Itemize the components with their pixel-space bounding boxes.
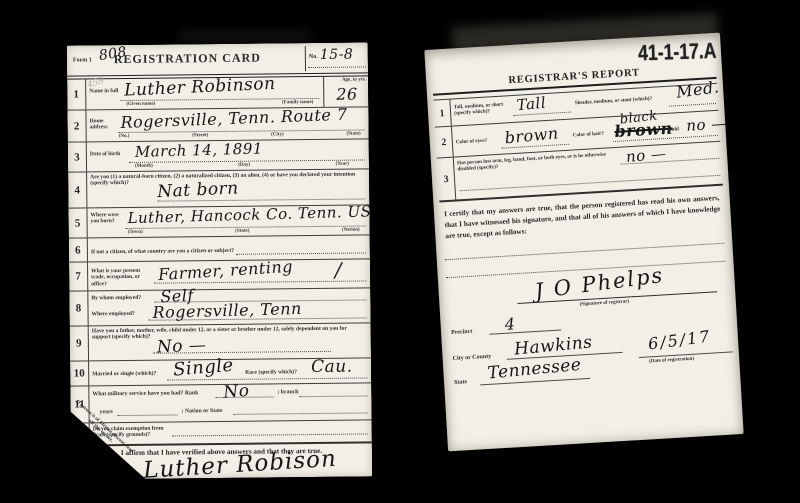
eyes-label: Color of eyes? <box>456 139 488 147</box>
signature-sublabel: (Signature or mark) <box>191 480 234 486</box>
pen-stroke: / <box>335 260 342 280</box>
town-sublabel: (Town) <box>128 230 143 235</box>
trade-label: What is your present trade, occupation, … <box>91 268 155 288</box>
build-value: Med. <box>675 79 720 100</box>
married-label: Married or single (which)? <box>92 371 156 378</box>
row-number: 10 <box>70 361 89 385</box>
hair-label: Color of hair? <box>573 132 605 140</box>
military-label: What military service have you had? Rank <box>92 390 198 398</box>
row-date-of-birth: 3 Date of birth March 14, 1891 (Month) (… <box>68 139 369 172</box>
row-not-citizen: 6 If not a citizen, of what country are … <box>69 235 370 262</box>
born-label: Where were you born? <box>90 212 124 225</box>
month-sublabel: (Month) <box>135 164 153 169</box>
card-title: REGISTRATION CARD <box>67 51 308 67</box>
dependents-label: Have you a father, mother, wife, child u… <box>92 325 367 341</box>
born-value: Luther, Hancock Co. Tenn. USA <box>127 204 383 226</box>
row-military-service: 11 What military service have you had? R… <box>70 383 371 423</box>
hair-value-corrected: black <box>619 109 658 126</box>
nation-state-label: ; Nation or State <box>182 408 223 415</box>
dob-value: March 14, 1891 <box>135 141 263 160</box>
dob-label: Date of birth <box>90 151 120 158</box>
build-label: Slender, medium, or stout (which)? <box>575 97 653 108</box>
no-label: No. <box>309 54 318 61</box>
age-box: Age, in yrs. 26 <box>323 76 368 106</box>
row-number: 3 <box>68 142 87 171</box>
precinct-value: 4 <box>504 317 516 334</box>
row-number: 9 <box>70 326 89 360</box>
row-trade: 7 What is your present trade, occupation… <box>69 259 370 291</box>
year-sublabel: (Year) <box>336 162 349 167</box>
registration-date-sublabel: (Date of registration) <box>649 357 694 365</box>
row-married-race: 10 Married or single (which)? Single Rac… <box>70 358 371 386</box>
row-employer: 8 By whom employed? Self Where employed?… <box>69 288 370 326</box>
height-value: Tall <box>516 96 547 114</box>
street-sublabel: (Street) <box>192 133 208 138</box>
registrars-report-card: 41-1-17.A REGISTRAR'S REPORT 1 Tall, med… <box>424 33 743 452</box>
city-county-label: City or County <box>453 354 492 363</box>
pencil-mark: Y <box>293 482 300 495</box>
row-number: 1 <box>433 100 452 127</box>
file-number-stamp: 41-1-17.A <box>638 38 717 67</box>
state-sublabel: (State) <box>235 229 249 234</box>
location-block: Precinct 4 City or County Hawkins State … <box>440 300 741 405</box>
row-number: 2 <box>67 110 86 141</box>
row-number: 8 <box>69 291 88 325</box>
disability-label: Has person lost arm, leg, hand, foot, or… <box>457 152 617 173</box>
row-number: 1 <box>67 79 86 109</box>
employer-label: By whom employed? <box>91 295 141 302</box>
registration-date-value: 6/5/17 <box>647 329 712 353</box>
dob-sublabels: (Month) (Day) (Year) <box>135 162 349 169</box>
row-number: 4 <box>68 172 87 207</box>
address-label: Home address <box>89 118 117 131</box>
row-number: 2 <box>435 127 454 158</box>
registration-card-header: Form 1 808 REGISTRATION CARD No. 15-8 <box>67 42 368 79</box>
address-value: Rogersville, Tenn. Route 7 <box>120 107 348 131</box>
age-value: 26 <box>336 87 358 103</box>
dependents-value: No — <box>157 337 207 356</box>
military-rank-value: No <box>223 383 250 402</box>
name-label: Name in full <box>89 88 119 95</box>
state-label: State <box>454 380 467 388</box>
married-value: Single <box>172 357 234 380</box>
age-label: Age, in yrs. <box>342 77 366 83</box>
family-name-sublabel: (Family name) <box>282 100 313 105</box>
nation-sublabel: (Nation) <box>342 228 360 233</box>
row-where-born: 5 Where were you born? Luther, Hancock C… <box>68 205 369 238</box>
row-number: 5 <box>68 208 87 237</box>
trade-value: Farmer, renting <box>158 259 294 283</box>
row-number: 12 <box>71 423 90 444</box>
card-number-handwritten: 15-8 <box>320 48 354 62</box>
race-value: Cau. <box>311 359 353 376</box>
no-sublabel: (No.) <box>119 134 130 139</box>
born-sublabels: (Town) (State) (Nation) <box>128 228 360 235</box>
precinct-label: Precinct <box>451 329 473 337</box>
height-label: Tall, medium, or short (specify which)? <box>454 102 513 117</box>
row-home-address: 2 Home address Rogersville, Tenn. Route … <box>67 107 368 142</box>
name-value: Luther Robinson <box>124 76 276 100</box>
bald-value: no — <box>686 116 727 133</box>
signature-block: Luther Robison (Signature or mark) Y <box>71 454 372 493</box>
row-number: 7 <box>69 262 88 290</box>
row-number: 6 <box>69 238 88 261</box>
where-employed-label: Where employed? <box>92 311 135 318</box>
scan-smudge <box>180 30 310 42</box>
card-number-box: No. 15-8 <box>305 45 368 71</box>
citizenship-value: Nat born <box>157 180 239 201</box>
years-label: years <box>100 409 113 416</box>
city-sublabel: (City) <box>271 132 284 137</box>
day-sublabel: (Day) <box>238 163 250 168</box>
eyes-value: brown <box>504 125 559 146</box>
branch-label: ; branch <box>277 389 298 396</box>
race-label: Race (specify which)? <box>245 369 297 376</box>
not-citizen-label: If not a citizen, of what country are yo… <box>91 248 234 256</box>
bald-label: Bald <box>668 127 679 134</box>
given-name-sublabel: (Given name) <box>126 102 155 107</box>
state-sublabel: (State) <box>346 132 360 137</box>
registration-card: Form 1 808 REGISTRATION CARD No. 15-8 45… <box>67 42 373 479</box>
